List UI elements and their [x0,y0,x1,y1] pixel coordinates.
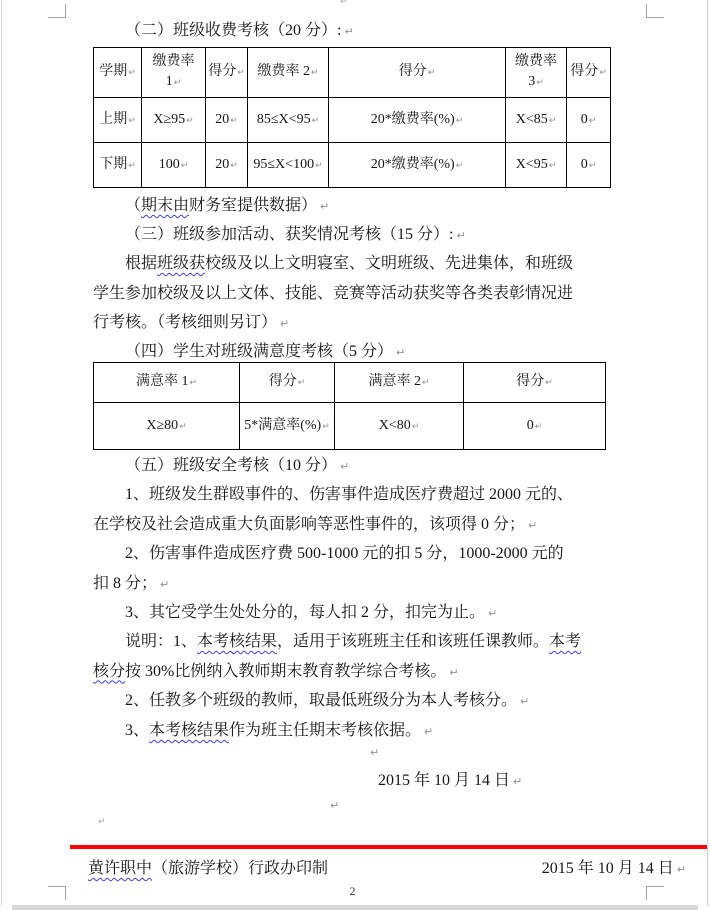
cell-text: 得分 [570,64,598,79]
table-cell: 得分↵ [464,363,606,403]
paragraph-mark: ↵ [488,607,497,620]
cell-text: 20 [215,112,229,127]
table-cell: 20↵ [206,143,248,188]
page-number: 2 [93,884,612,899]
spellcheck-underline: 黄许职中 [88,860,152,877]
cell-text: 100 [159,157,180,172]
footer-red-rule [70,845,707,849]
table-cell: 得分↵ [206,48,248,98]
fee-score-table: 学期↵缴费率 1↵得分↵缴费率 2↵得分↵缴费率 3↵得分↵上期↵X≥95↵20… [93,47,611,188]
cell-end-mark: ↵ [535,422,543,432]
cell-end-mark: ↵ [181,161,189,171]
cell-text: 20 [215,157,229,172]
paragraph-mark: ↵ [330,799,339,812]
cell-text: 0 [527,418,534,433]
cell-end-mark: ↵ [422,378,430,388]
cell-end-mark: ↵ [230,116,238,126]
cell-end-mark: ↵ [322,422,330,432]
table-cell: 20*缴费率(%)↵ [329,143,506,188]
table-cell: 85≤X<95↵ [248,98,329,143]
cell-text: 95≤X<100 [253,157,314,172]
text-run: 学生参加校级及以上文体、技能、竞赛等活动获奖等各类表彰情况进 [93,285,573,302]
footer-date: 2015 年 10 月 14 日 [542,856,686,883]
text-run: （ [125,197,141,214]
cell-text: 缴费率 2 [257,64,310,79]
paragraph-mark: ↵ [160,578,169,591]
cell-text: X≥95 [153,112,185,127]
page-edge-left [1,0,2,906]
text-run: （旅游学校）行政办印制 [152,860,328,877]
text-line: 2、伤害事件造成医疗费 500-1000 元的扣 5 分，1000-2000 元… [93,539,612,569]
page-edge-bottom [12,905,698,910]
text-line: 2、任教多个班级的教师，取最低班级分为本人考核分。↵ [93,686,612,717]
text-run: 扣 8 分； [93,575,157,592]
table-cell: 20*缴费率(%)↵ [329,98,506,143]
table-cell: X<80↵ [335,403,464,450]
cell-text: X<80 [379,418,411,433]
cell-end-mark: ↵ [230,161,238,171]
safety-item-3-paragraph: 3、其它受学生处处分的，每人扣 2 分，扣完为止。↵ [93,598,612,629]
text-line: 根据班级获校级及以上文明寝室、文明班级、先进集体，和班级 [93,249,612,279]
table-cell: 学期↵ [94,48,142,98]
table-cell: 上期↵ [94,98,142,143]
text-line: 说明：1、本考核结果，适用于该班班主任和该班任课教师。本考 [93,627,612,657]
cell-end-mark: ↵ [599,68,607,78]
section-heading-activity-assessment: （三）班级参加活动、获奖情况考核（15 分）: [93,220,612,251]
cell-end-mark: ↵ [589,116,597,126]
cell-text: 0 [581,157,588,172]
cell-end-mark: ↵ [312,116,320,126]
satisfaction-score-table: 满意率 1↵得分↵满意率 2↵得分↵X≥80↵5*满意率(%)↵X<80↵0↵ [93,362,606,450]
table-cell: 5*满意率(%)↵ [240,403,335,450]
page-edge-right [707,0,708,906]
cell-text: 0 [581,112,588,127]
safety-item-1-paragraph: 1、班级发生群殴事件的、伤害事件造成医疗费超过 2000 元的、在学校及社会造成… [93,480,612,540]
table-cell: 缴费率 2↵ [248,48,329,98]
cell-end-mark: ↵ [179,422,187,432]
fee-note-paragraph: （期末由财务室提供数据）↵ [93,191,612,222]
cell-text: 得分 [399,64,427,79]
activity-paragraph: 根据班级获校级及以上文明寝室、文明班级、先进集体，和班级学生参加校级及以上文体、… [93,249,612,339]
text-line: 1、班级发生群殴事件的、伤害事件造成医疗费超过 2000 元的、 [93,480,612,510]
text-boundary-corner-bottom-right [646,886,664,900]
paragraph-mark: ↵ [320,200,329,213]
table-cell: 满意率 2↵ [335,363,464,403]
spellcheck-underline: 期末由 [141,197,189,214]
cell-text: 85≤X<95 [257,112,311,127]
cell-text: 5*满意率(%) [244,418,321,433]
footer-issuer: 黄许职中（旅游学校）行政办印制 [88,856,328,882]
paragraph-mark: ↵ [449,666,458,679]
cell-text: 下期 [99,157,127,172]
text-run: 3、其它受学生处处分的，每人扣 2 分，扣完为止。 [125,604,485,621]
section-heading-fee-assessment: （二）班级收费考核（20 分）: [93,16,612,47]
table-cell: 得分↵ [240,363,335,403]
table-row: X≥80↵5*满意率(%)↵X<80↵0↵ [94,403,606,450]
cell-end-mark: ↵ [174,78,182,88]
text-run: 2、伤害事件造成医疗费 500-1000 元的扣 5 分，1000-2000 元… [125,545,564,562]
text-run: 3、 [125,722,149,739]
spellcheck-underline: 本考 [549,633,581,650]
text-run: 财务室提供数据） [189,197,317,214]
notes-item-1-paragraph: 说明：1、本考核结果，适用于该班班主任和该班任课教师。本考核分按 30%比例纳入… [93,627,612,687]
table-cell: 0↵ [567,98,611,143]
table-cell: 0↵ [567,143,611,188]
text-line: 扣 8 分；↵ [93,569,612,600]
table-cell: 0↵ [464,403,606,450]
text-run: ，适用于该班班主任和该班任课教师。 [277,633,549,650]
cell-text: X≥80 [146,418,178,433]
notes-item-3-paragraph: 3、本考核结果作为班主任期末考核依据。↵ [93,716,612,747]
spellcheck-underline: 核分 [93,663,125,680]
cell-end-mark: ↵ [412,422,420,432]
cell-text: 得分 [208,64,236,79]
text-run: 说明：1、 [125,633,197,650]
cell-end-mark: ↵ [311,68,319,78]
paragraph-mark: ↵ [98,817,106,827]
spellcheck-underline: 班级获 [157,255,205,272]
paragraph-mark: ↵ [340,0,348,7]
cell-text: 学期 [99,64,127,79]
text-run: 根据 [125,255,157,272]
document-page: ↵ （二）班级收费考核（20 分）: 学期↵缴费率 1↵得分↵缴费率 2↵得分↵… [0,0,710,910]
paragraph-mark: ↵ [520,695,529,708]
cell-text: 得分 [269,374,297,389]
cell-text: X<85 [516,112,548,127]
spellcheck-underline: 本考核结果 [149,722,229,739]
text-line: 在学校及社会造成重大负面影响等恶性事件的，该项得 0 分；↵ [93,510,612,541]
table-cell: 下期↵ [94,143,142,188]
cell-text: 20*缴费率(%) [371,112,455,127]
cell-end-mark: ↵ [186,116,194,126]
document-date: 2015 年 10 月 14 日 [378,766,522,797]
table-cell: X≥95↵ [142,98,206,143]
paragraph-mark: ↵ [370,746,379,759]
cell-end-mark: ↵ [189,378,197,388]
cell-end-mark: ↵ [549,116,557,126]
table-cell: 缴费率 3↵ [506,48,567,98]
cell-text: 上期 [99,112,127,127]
table-cell: 95≤X<100↵ [248,143,329,188]
text-boundary-corner-top-left [48,4,66,18]
cell-text: 满意率 2 [368,374,421,389]
cell-end-mark: ↵ [428,68,436,78]
cell-end-mark: ↵ [456,161,464,171]
text-boundary-corner-top-right [646,4,664,18]
cell-end-mark: ↵ [128,161,136,171]
text-line: （期末由财务室提供数据）↵ [93,191,612,222]
table-cell: 20↵ [206,98,248,143]
paragraph-mark: ↵ [528,519,537,532]
cell-end-mark: ↵ [315,161,323,171]
safety-item-2-paragraph: 2、伤害事件造成医疗费 500-1000 元的扣 5 分，1000-2000 元… [93,539,612,599]
table-row: 学期↵缴费率 1↵得分↵缴费率 2↵得分↵缴费率 3↵得分↵ [94,48,611,98]
text-run: 作为班主任期末考核依据。 [229,722,421,739]
text-run: 在学校及社会造成重大负面影响等恶性事件的，该项得 0 分； [93,516,525,533]
table-row: 下期↵100↵20↵95≤X<100↵20*缴费率(%)↵X<95↵0↵ [94,143,611,188]
table-cell: 100↵ [142,143,206,188]
text-run: 校级及以上文明寝室、文明班级、先进集体，和班级 [205,255,573,272]
table-row: 满意率 1↵得分↵满意率 2↵得分↵ [94,363,606,403]
text-line: 行考核。（考核细则另订）↵ [93,308,612,339]
cell-end-mark: ↵ [549,161,557,171]
table-cell: 满意率 1↵ [94,363,240,403]
paragraph-mark: ↵ [280,317,289,330]
text-run: 行考核。（考核细则另订） [93,314,277,331]
text-line: 学生参加校级及以上文体、技能、竞赛等活动获奖等各类表彰情况进 [93,279,612,309]
cell-text: 满意率 1 [136,374,189,389]
table-cell: X≥80↵ [94,403,240,450]
cell-text: 20*缴费率(%) [371,157,455,172]
text-line: 核分按 30%比例纳入教师期末教育教学综合考核。↵ [93,657,612,688]
cell-text: X<95 [516,157,548,172]
table-cell: X<95↵ [506,143,567,188]
cell-end-mark: ↵ [298,378,306,388]
text-run: 1、班级发生群殴事件的、伤害事件造成医疗费超过 2000 元的、 [125,486,573,503]
cell-end-mark: ↵ [589,161,597,171]
table-cell: 缴费率 1↵ [142,48,206,98]
text-line: 3、本考核结果作为班主任期末考核依据。↵ [93,716,612,747]
table-cell: 得分↵ [567,48,611,98]
table-cell: X<85↵ [506,98,567,143]
text-boundary-corner-bottom-left [48,886,66,900]
text-run: 2、任教多个班级的教师，取最低班级分为本人考核分。 [125,692,517,709]
cell-text: 得分 [516,374,544,389]
paragraph-mark: ↵ [424,725,433,738]
cell-end-mark: ↵ [545,378,553,388]
table-row: 上期↵X≥95↵20↵85≤X<95↵20*缴费率(%)↵X<85↵0↵ [94,98,611,143]
cell-end-mark: ↵ [128,116,136,126]
cell-end-mark: ↵ [237,68,245,78]
text-run: 按 30%比例纳入教师期末教育教学综合考核。 [125,663,446,680]
cell-end-mark: ↵ [456,116,464,126]
spellcheck-underline: 本考核结果 [197,633,277,650]
text-line: 3、其它受学生处处分的，每人扣 2 分，扣完为止。↵ [93,598,612,629]
cell-end-mark: ↵ [536,78,544,88]
section-heading-safety-assessment: （五）班级安全考核（10 分） [93,451,612,482]
table-cell: 得分↵ [329,48,506,98]
notes-item-2-paragraph: 2、任教多个班级的教师，取最低班级分为本人考核分。↵ [93,686,612,717]
cell-end-mark: ↵ [128,68,136,78]
